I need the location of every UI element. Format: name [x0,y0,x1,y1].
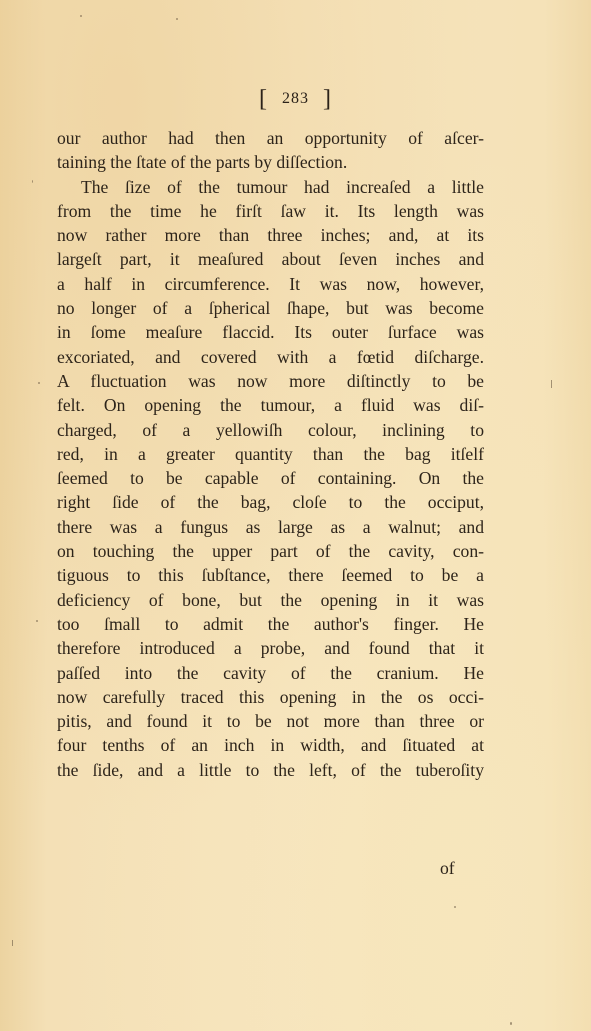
text-line: in ſome meaſure flaccid. Its outer ſurfa… [57,320,484,344]
text-line: on touching the upper part of the cavity… [57,539,484,563]
paper-speck [32,180,33,183]
text-line: from the time he firſt ſaw it. Its lengt… [57,199,484,223]
paper-speck [510,1022,512,1025]
body-text: our author had then an opportunity of aſ… [57,126,484,782]
text-line: largeſt part, it meaſured about ſeven in… [57,247,484,271]
text-line: there was a fungus as large as a walnut;… [57,515,484,539]
text-line: therefore introduced a probe, and found … [57,636,484,660]
text-line: ſeemed to be capable of containing. On t… [57,466,484,490]
page-header: [283] [0,86,591,113]
text-line: the ſide, and a little to the left, of t… [57,758,484,782]
text-line: our author had then an opportunity of aſ… [57,126,484,150]
catchword: of [440,858,455,879]
paper-speck [176,18,178,20]
text-line: too ſmall to admit the author's finger. … [57,612,484,636]
text-line: four tenths of an inch in width, and ſit… [57,733,484,757]
paper-speck [80,15,82,17]
text-line: now carefully traced this opening in the… [57,685,484,709]
page-number: 283 [282,90,309,107]
text-line: pitis, and found it to be not more than … [57,709,484,733]
book-page: [283] our author had then an opportunity… [0,0,591,1031]
paper-speck [454,906,456,908]
text-line: felt. On opening the tumour, a fluid was… [57,393,484,417]
text-line: tiguous to this ſubſtance, there ſeemed … [57,563,484,587]
paper-speck [38,382,40,384]
right-bracket: ] [323,86,332,112]
paper-speck [36,620,38,622]
paper-speck [551,380,552,388]
text-line: charged, of a yellowiſh colour, inclinin… [57,418,484,442]
left-bracket: [ [259,86,268,112]
text-line: no longer of a ſpherical ſhape, but was … [57,296,484,320]
paper-speck [12,940,13,946]
text-line: deficiency of bone, but the opening in i… [57,588,484,612]
text-line: taining the ſtate of the parts by diſſec… [57,150,484,174]
paragraph-start-line: The ſize of the tumour had increaſed a l… [57,175,484,199]
text-line: right ſide of the bag, cloſe to the occi… [57,490,484,514]
text-line: a half in circumference. It was now, how… [57,272,484,296]
text-line: A fluctuation was now more diſtinctly to… [57,369,484,393]
text-line: red, in a greater quantity than the bag … [57,442,484,466]
text-line: excoriated, and covered with a fœtid diſ… [57,345,484,369]
text-line: paſſed into the cavity of the cranium. H… [57,661,484,685]
text-line: now rather more than three inches; and, … [57,223,484,247]
